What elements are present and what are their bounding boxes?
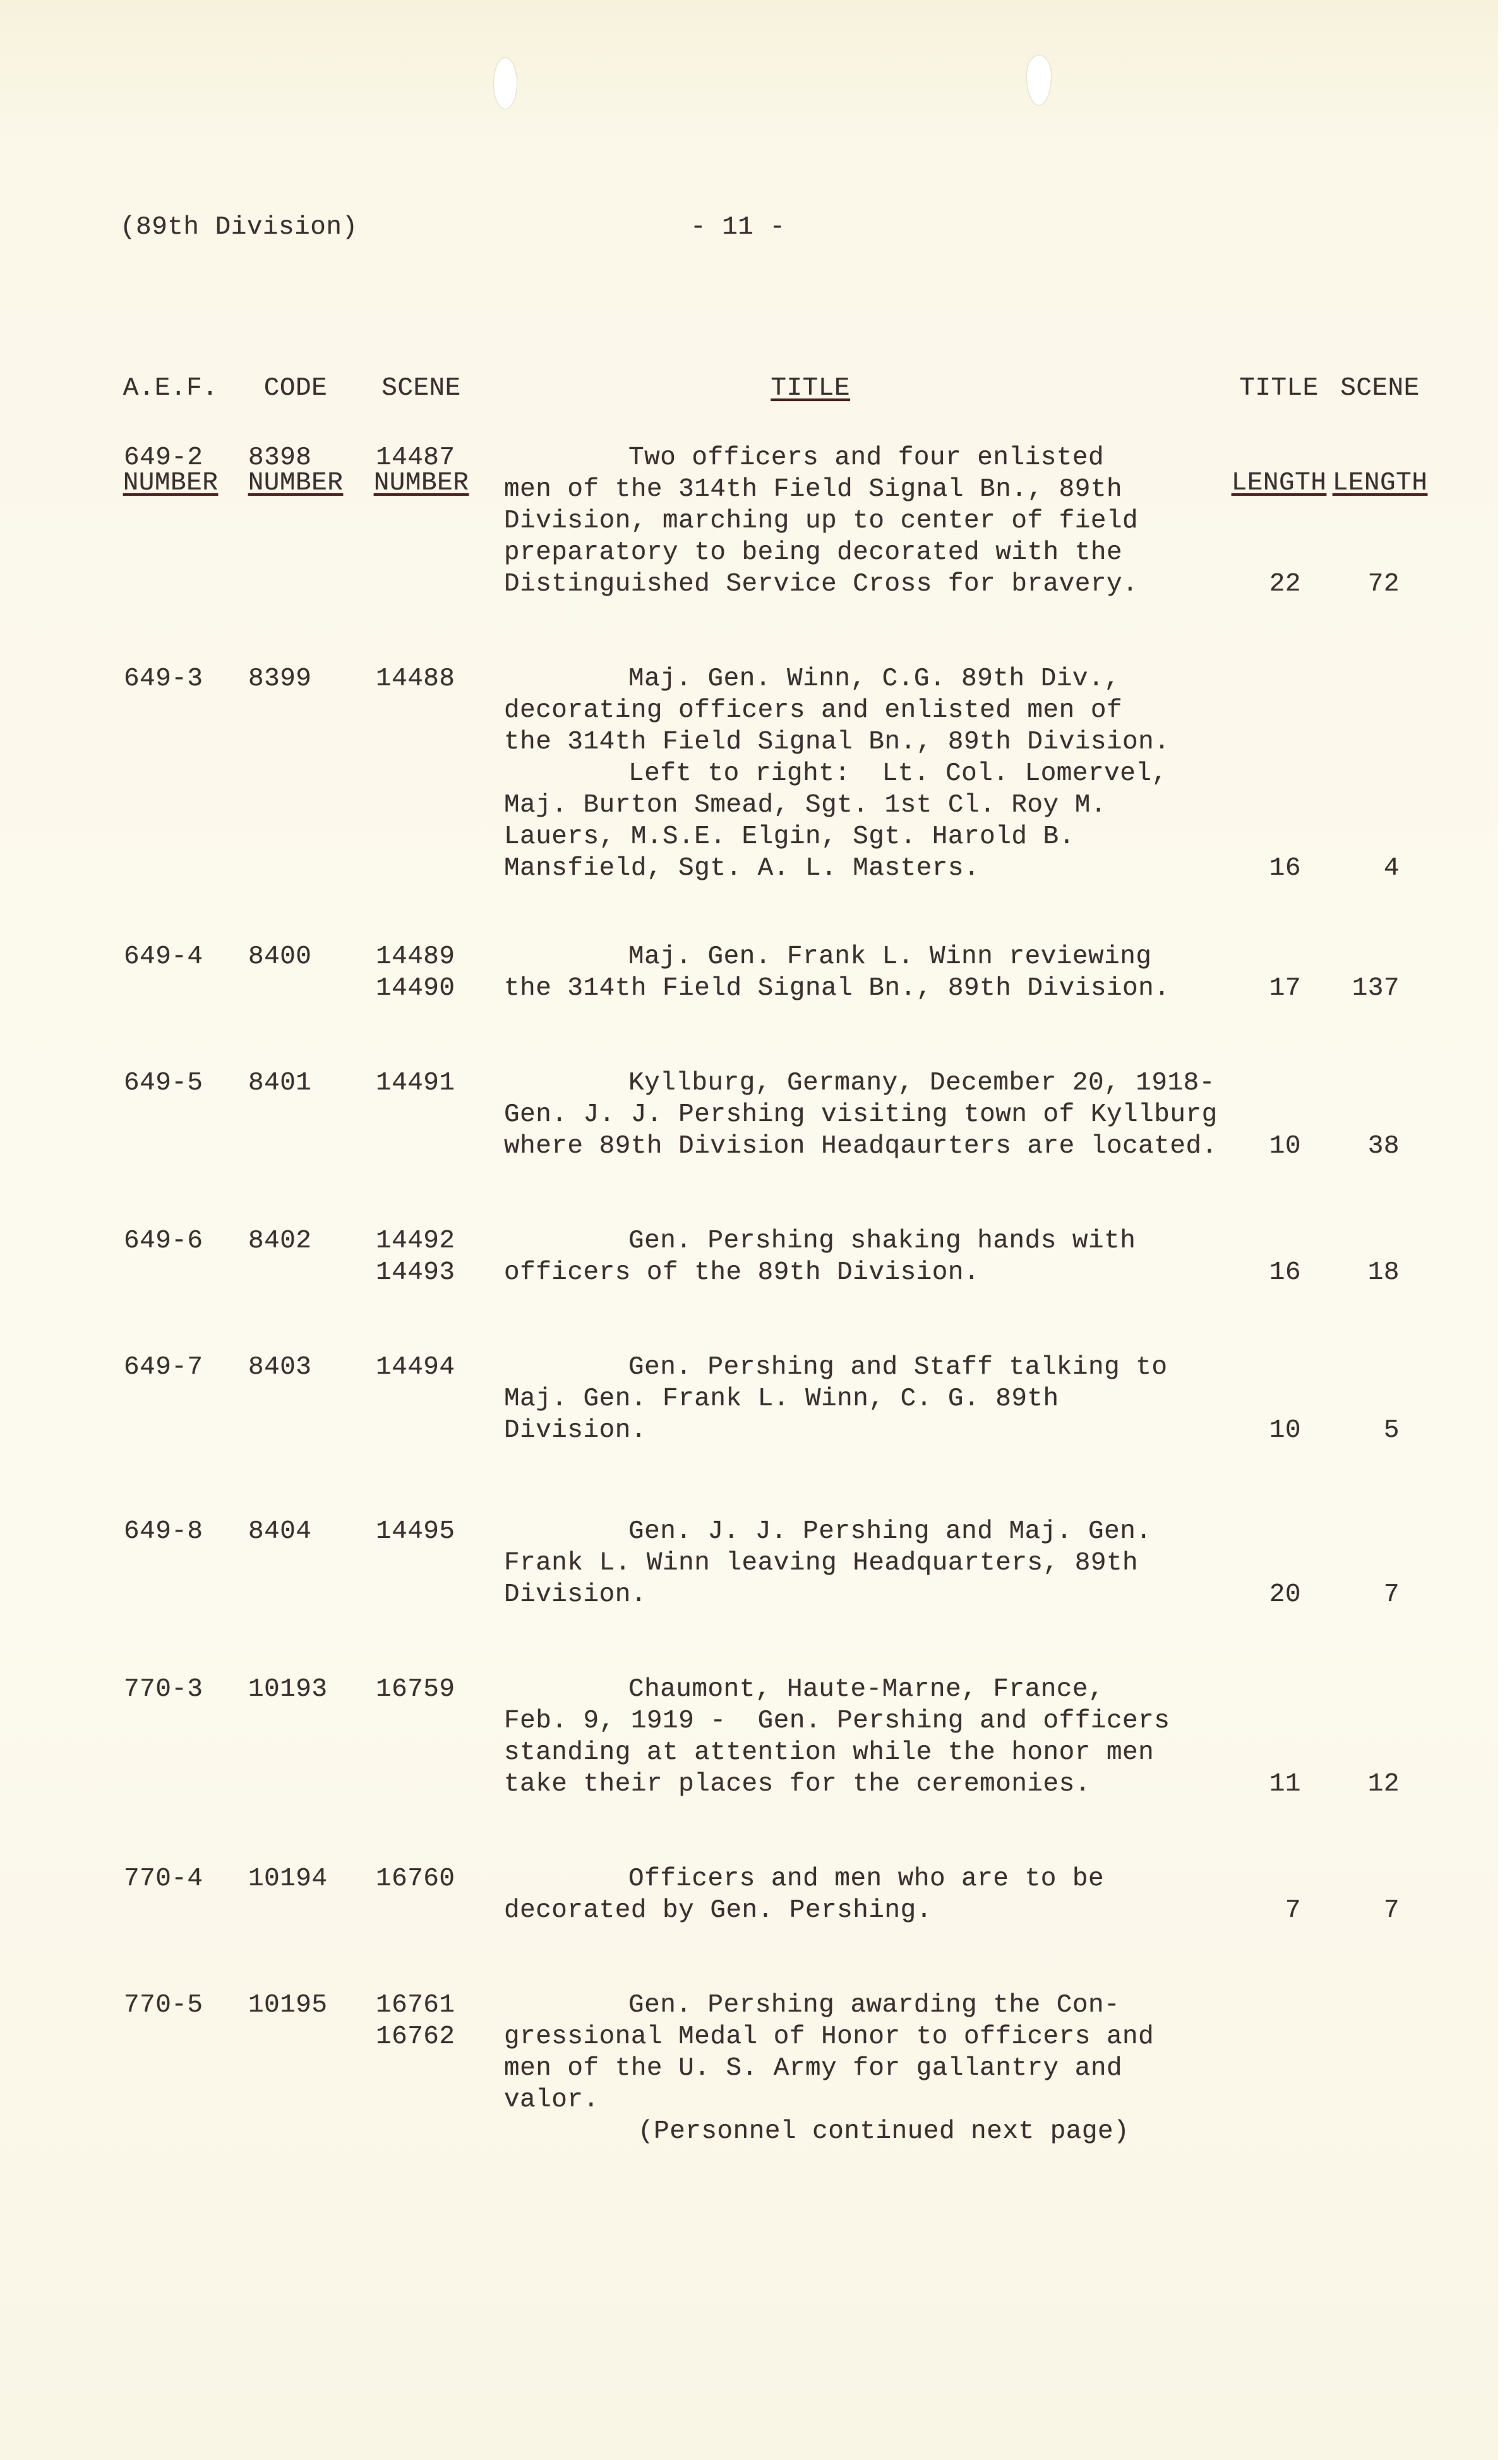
title-text: Two officers and four enlisted [628, 443, 1104, 472]
title-text: Chaumont, Haute-Marne, France, [628, 1675, 1104, 1704]
document-page: (89th Division) - 11 - A.E.F. NUMBER COD… [0, 0, 1498, 2460]
title-text: Gen. J. J. Pershing and Maj. Gen. [628, 1517, 1151, 1546]
title-text: the 314th Field Signal Bn., 89th Divisio… [504, 974, 1170, 1003]
title-text: Maj. Burton Smead, Sgt. 1st Cl. Roy M. [504, 791, 1107, 820]
scene-number: 14491 [376, 1067, 455, 1099]
title-length: 17 [1238, 973, 1301, 1004]
title-line: standing at attention while the honor me… [504, 1737, 1154, 1768]
title-line: Maj. Gen. Frank L. Winn, C. G. 89th [504, 1383, 1059, 1415]
scene-number: 16761 [376, 1989, 455, 2021]
code-number: 8398 [248, 442, 311, 474]
title-text: Gen. Pershing awarding the Con- [628, 1991, 1120, 2020]
title-text: Left to right: Lt. Col. Lomervel, [628, 759, 1168, 788]
title-text: the 314th Field Signal Bn., 89th Divisio… [504, 728, 1170, 757]
title-line: Maj. Gen. Winn, C.G. 89th Div., [504, 663, 1120, 695]
scene-number: 14488 [376, 663, 455, 695]
code-number: 8402 [248, 1225, 311, 1257]
title-line: Frank L. Winn leaving Headquarters, 89th [504, 1547, 1138, 1579]
code-number: 10193 [248, 1674, 328, 1705]
title-length: 11 [1238, 1768, 1301, 1800]
column-header-line: CODE [245, 373, 346, 404]
scene-length: 7 [1326, 1579, 1400, 1611]
title-line: valor. [504, 2084, 599, 2116]
title-text: Division. [504, 1580, 647, 1609]
title-length: 7 [1238, 1895, 1301, 1926]
scene-length: 38 [1326, 1131, 1400, 1162]
title-line: Maj. Gen. Frank L. Winn reviewing [504, 941, 1151, 973]
title-line: men of the 314th Field Signal Bn., 89th [504, 474, 1122, 505]
aef-number: 770-5 [124, 1989, 203, 2021]
code-number: 8404 [248, 1516, 311, 1547]
title-line: Maj. Burton Smead, Sgt. 1st Cl. Roy M. [504, 789, 1107, 821]
title-length: 22 [1238, 568, 1301, 600]
scene-length: 18 [1326, 1257, 1400, 1288]
scene-number: 14490 [376, 973, 455, 1004]
column-header-line: TITLE [771, 374, 850, 403]
punch-hole-left [494, 58, 517, 109]
title-text: Lauers, M.S.E. Elgin, Sgt. Harold B. [504, 822, 1075, 851]
title-line: officers of the 89th Division. [504, 1257, 980, 1288]
aef-number: 649-7 [124, 1352, 203, 1383]
scene-number: 14495 [376, 1516, 455, 1547]
title-text: preparatory to being decorated with the [504, 538, 1122, 567]
title-text: Division. [504, 1416, 647, 1445]
title-text: Feb. 9, 1919 - Gen. Pershing and officer… [504, 1707, 1170, 1736]
page-number: - 11 - [690, 212, 786, 243]
title-text: decorating officers and enlisted men of [504, 696, 1122, 725]
title-line: where 89th Division Headqaurters are loc… [504, 1131, 1218, 1162]
title-line: Division. [504, 1579, 647, 1611]
title-line: Gen. J. J. Pershing visiting town of Kyl… [504, 1099, 1218, 1131]
code-number: 10195 [248, 1989, 328, 2021]
column-header-aef-number: A.E.F. NUMBER [120, 309, 221, 562]
scene-length: 72 [1326, 568, 1400, 600]
title-text: Officers and men who are to be [628, 1864, 1104, 1893]
title-text: valor. [504, 2085, 599, 2115]
title-text: standing at attention while the honor me… [504, 1738, 1154, 1767]
column-header-line: SCENE [371, 373, 472, 404]
title-line: Gen. Pershing awarding the Con- [504, 1989, 1120, 2021]
column-header-line: TITLE [1228, 373, 1329, 404]
title-line: Mansfield, Sgt. A. L. Masters. [504, 853, 980, 884]
scene-number: 14494 [376, 1352, 455, 1383]
title-text: Gen. Pershing shaking hands with [628, 1227, 1136, 1256]
title-length: 16 [1238, 853, 1301, 884]
title-text: officers of the 89th Division. [504, 1258, 980, 1287]
title-text: Gen. J. J. Pershing visiting town of Kyl… [504, 1100, 1218, 1129]
code-number: 10194 [248, 1863, 328, 1895]
column-header-line: LENGTH [1228, 467, 1329, 499]
aef-number: 649-4 [124, 941, 203, 973]
column-header-scene-number: SCENE NUMBER [371, 309, 472, 562]
title-line: Gen. Pershing and Staff talking to [504, 1352, 1168, 1383]
title-text: Maj. Gen. Frank L. Winn, C. G. 89th [504, 1384, 1059, 1413]
scene-length: 12 [1326, 1768, 1400, 1800]
title-text: Maj. Gen. Frank L. Winn reviewing [628, 942, 1151, 971]
title-line: the 314th Field Signal Bn., 89th Divisio… [504, 973, 1170, 1004]
scene-number: 14487 [376, 442, 455, 474]
aef-number: 770-4 [124, 1863, 203, 1895]
title-length: 10 [1238, 1131, 1301, 1162]
scene-number: 14489 [376, 941, 455, 973]
title-line: Gen. J. J. Pershing and Maj. Gen. [504, 1516, 1151, 1547]
title-text: Frank L. Winn leaving Headquarters, 89th [504, 1549, 1138, 1578]
title-text: Gen. Pershing and Staff talking to [628, 1353, 1168, 1382]
scene-number: 16762 [376, 2021, 455, 2053]
title-line: the 314th Field Signal Bn., 89th Divisio… [504, 726, 1170, 758]
aef-number: 649-5 [124, 1067, 203, 1099]
title-line: men of the U. S. Army for gallantry and [504, 2053, 1122, 2084]
scene-number: 14492 [376, 1225, 455, 1257]
title-line: Gen. Pershing shaking hands with [504, 1225, 1136, 1257]
scene-length: 4 [1326, 853, 1400, 884]
column-header-line: A.E.F. [120, 373, 221, 404]
title-text: decorated by Gen. Pershing. [504, 1896, 932, 1925]
title-line: preparatory to being decorated with the [504, 537, 1122, 568]
title-line: Two officers and four enlisted [504, 442, 1104, 474]
title-text: gressional Medal of Honor to officers an… [504, 2022, 1154, 2051]
code-number: 8400 [248, 941, 311, 973]
code-number: 8399 [248, 663, 311, 695]
scene-length: 7 [1326, 1895, 1400, 1926]
aef-number: 649-2 [124, 442, 203, 474]
title-text: take their places for the ceremonies. [504, 1770, 1091, 1799]
code-number: 8403 [248, 1352, 311, 1383]
title-line: Distinguished Service Cross for bravery. [504, 568, 1138, 600]
column-header-code-number: CODE NUMBER [245, 309, 346, 562]
title-length: 20 [1238, 1579, 1301, 1611]
title-line: decorating officers and enlisted men of [504, 695, 1122, 726]
title-text: Kyllburg, Germany, December 20, 1918- [628, 1069, 1215, 1098]
title-text: men of the U. S. Army for gallantry and [504, 2054, 1122, 2083]
division-label: (89th Division) [120, 212, 358, 243]
title-text: Division, marching up to center of field [504, 507, 1138, 536]
punch-hole-right [1027, 56, 1051, 105]
scene-number: 16759 [376, 1674, 455, 1705]
title-line: take their places for the ceremonies. [504, 1768, 1091, 1800]
title-text: Mansfield, Sgt. A. L. Masters. [504, 854, 980, 883]
continued-note: (Personnel continued next page) [638, 2116, 1129, 2147]
title-text: Maj. Gen. Winn, C.G. 89th Div., [628, 664, 1120, 693]
column-header-title: TITLE [707, 341, 850, 436]
column-header-line: LENGTH [1326, 467, 1434, 499]
scene-length: 5 [1326, 1415, 1400, 1446]
column-header-scene-length: SCENE LENGTH [1326, 309, 1434, 562]
title-text: men of the 314th Field Signal Bn., 89th [504, 475, 1122, 504]
scene-number: 14493 [376, 1257, 455, 1288]
column-header-title-length: TITLE LENGTH [1228, 309, 1329, 562]
scene-length: 137 [1326, 973, 1400, 1004]
title-line: gressional Medal of Honor to officers an… [504, 2021, 1154, 2053]
aef-number: 649-6 [124, 1225, 203, 1257]
scene-number: 16760 [376, 1863, 455, 1895]
title-line: Division, marching up to center of field [504, 505, 1138, 537]
title-line: Feb. 9, 1919 - Gen. Pershing and officer… [504, 1705, 1170, 1737]
title-line: Lauers, M.S.E. Elgin, Sgt. Harold B. [504, 821, 1075, 853]
aef-number: 770-3 [124, 1674, 203, 1705]
title-line: decorated by Gen. Pershing. [504, 1895, 932, 1926]
title-length: 10 [1238, 1415, 1301, 1446]
aef-number: 649-8 [124, 1516, 203, 1547]
aef-number: 649-3 [124, 663, 203, 695]
title-length: 16 [1238, 1257, 1301, 1288]
title-line: Chaumont, Haute-Marne, France, [504, 1674, 1104, 1705]
title-text: Distinguished Service Cross for bravery. [504, 570, 1138, 599]
title-line: Left to right: Lt. Col. Lomervel, [504, 758, 1168, 789]
title-line: Officers and men who are to be [504, 1863, 1104, 1895]
column-header-line: SCENE [1326, 373, 1434, 404]
title-line: Division. [504, 1415, 647, 1446]
title-line: Kyllburg, Germany, December 20, 1918- [504, 1067, 1215, 1099]
code-number: 8401 [248, 1067, 311, 1099]
title-text: where 89th Division Headqaurters are loc… [504, 1132, 1218, 1161]
